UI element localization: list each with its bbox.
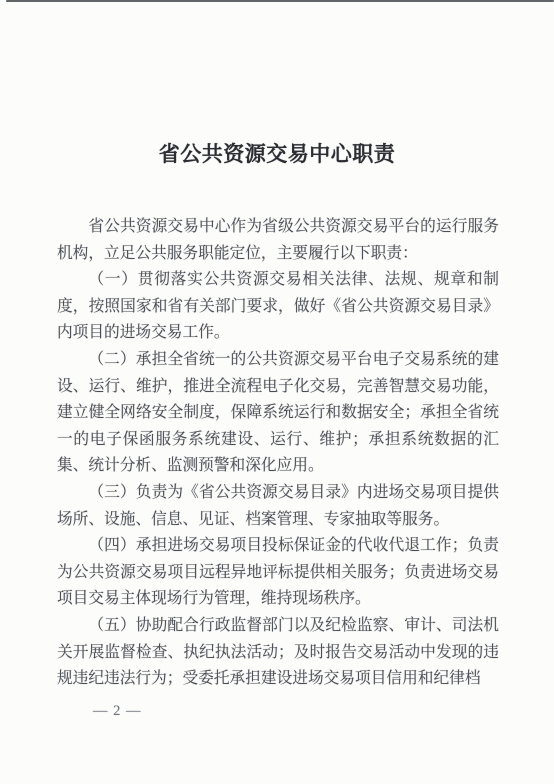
scan-edge-line <box>6 0 554 2</box>
document-page: 省公共资源交易中心职责 省公共资源交易中心作为省级公共资源交易平台的运行服务机构… <box>0 0 554 784</box>
document-title: 省公共资源交易中心职责 <box>0 141 554 168</box>
page-number: — 2 — <box>93 701 554 721</box>
intro-paragraph: 省公共资源交易中心作为省级公共资源交易平台的运行服务机构，立足公共服务职能定位，… <box>57 214 499 267</box>
duty-item-5-paragraph: （五）协助配合行政监督部门以及纪检监察、审计、司法机关开展监督检查、执纪执法活动… <box>57 613 499 693</box>
duty-item-4-paragraph: （四）承担进场交易项目投标保证金的代收代退工作；负责为公共资源交易项目远程异地评… <box>57 533 499 613</box>
duty-item-1-paragraph: （一）贯彻落实公共资源交易相关法律、法规、规章和制度，按照国家和省有关部门要求，… <box>57 267 499 347</box>
duty-item-2-paragraph: （二）承担全省统一的公共资源交易平台电子交易系统的建设、运行、维护，推进全流程电… <box>57 347 499 480</box>
duty-item-3-paragraph: （三）负责为《省公共资源交易目录》内进场交易项目提供场所、设施、信息、见证、档案… <box>57 480 499 533</box>
document-body: 省公共资源交易中心作为省级公共资源交易平台的运行服务机构，立足公共服务职能定位，… <box>57 214 499 693</box>
